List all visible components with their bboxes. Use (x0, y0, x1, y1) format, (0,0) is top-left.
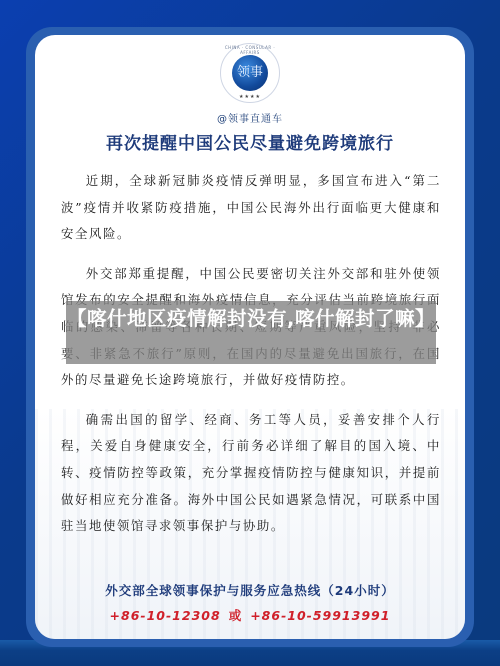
hotline-title: 外交部全球领事保护与服务应急热线（24小时） (35, 581, 465, 599)
document-title: 再次提醒中国公民尽量避免跨境旅行 (35, 129, 465, 154)
paragraph-3: 确需出国的留学、经商、务工等人员，妥善安排个人行程，关爱自身健康安全，行前务必详… (61, 407, 441, 540)
logo-emblem: 领事 (232, 55, 268, 91)
hotline-number-1: +86-10-12308 (110, 608, 221, 623)
paragraph-1: 近期，全球新冠肺炎疫情反弹明显，多国宣布进入“第二波”疫情并收紧防疫措施，中国公… (61, 168, 441, 248)
logo-stars-icon: ★★★★ (221, 94, 279, 100)
headline-overlay-banner: 【喀什地区疫情解封没有,喀什解封了嘛】 (66, 301, 436, 364)
logo-ring-text: CHINA · CONSULAR · AFFAIRS (221, 45, 279, 55)
headline-text: 【喀什地区疫情解封没有,喀什解封了嘛】 (67, 307, 435, 330)
consular-affairs-logo-icon: CHINA · CONSULAR · AFFAIRS 领事 ★★★★ (220, 43, 280, 103)
hotline-separator: 或 (229, 608, 243, 623)
source-account-tag: @领事直通车 (35, 110, 465, 125)
header: CHINA · CONSULAR · AFFAIRS 领事 ★★★★ @领事直通… (35, 43, 465, 125)
hotline-number-2: +86-10-59913991 (250, 608, 390, 623)
hotline-numbers: +86-10-12308或+86-10-59913991 (35, 606, 465, 624)
